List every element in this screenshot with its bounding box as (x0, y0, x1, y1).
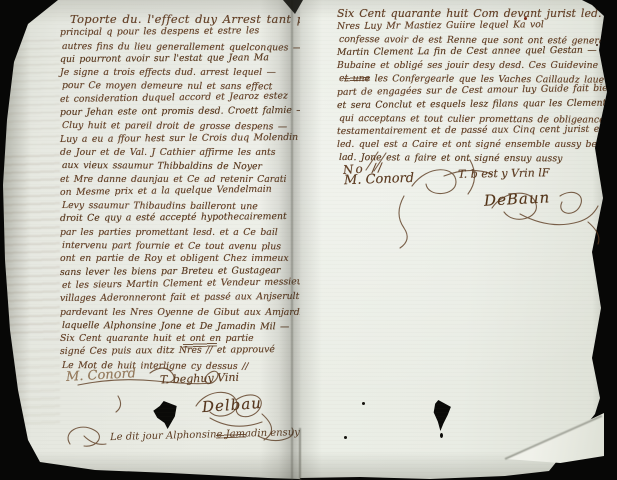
signature-beghuy-vini: T. beghuy Vini (160, 371, 239, 387)
ink-blot-droplet (440, 433, 443, 438)
manuscript-line: pour Jehan este ont promis desd. Croett … (60, 104, 300, 119)
manuscript-line: Nres Luy Mr Mastiez Guiire lequel Ka vol (337, 18, 600, 33)
manuscript-line: et sera Conclut et esquels lesz filans q… (337, 96, 600, 111)
manuscript-line: Martin Clement La fin de Cest annee quel… (337, 44, 600, 59)
paper-speck (524, 17, 527, 20)
manuscript-line: de Jour et de Val. J Cathier affirme les… (60, 146, 300, 159)
show-through-text (4, 35, 60, 145)
ink-blot-left (152, 401, 178, 429)
signature-m-conord-right: M. Conord (344, 171, 415, 188)
manuscript-line: Luy a eu a ffour hest sur le Crois duq M… (60, 131, 300, 146)
manuscript-line: testamentairement et de passé aux Cinq c… (337, 123, 600, 138)
manuscript-line: droit Ce quy a esté accepté hypothecaire… (60, 210, 300, 225)
signature-m-conord-left: M. Conord (66, 366, 137, 385)
show-through-text (4, 345, 60, 425)
gutter-crease-bottom (299, 428, 301, 480)
manuscript-line: on Mesme prix et a la quelque Vendelmain (60, 182, 300, 199)
manuscript-line: Je signe a trois effects dud. arrest leq… (60, 66, 300, 79)
manuscript-line: villages Aderonneront fait et passé aux … (60, 290, 300, 305)
archive-photo: Toporte du. l'effect duy Arrest tant pou… (0, 0, 617, 480)
right-page-text: Six Cent quarante huit Com devant jurist… (337, 7, 600, 177)
manuscript-line: principal q pour les despens et estre le… (60, 24, 300, 39)
ink-blot-right (432, 400, 453, 431)
paper-speck (596, 44, 598, 46)
signature-delbau: Delbau (201, 394, 262, 416)
left-page-text: Toporte du. l'effect duy Arrest tant pou… (60, 13, 300, 372)
manuscript-line: intervenu part fournie et Ce tout avenu … (62, 239, 300, 254)
manuscript-line: laquelle Alphonsine Jone et De Jamadin M… (62, 319, 300, 334)
paper-speck (344, 436, 347, 439)
manuscript-line: par les parties promettant lesd. et a Ce… (60, 226, 300, 239)
manuscript-line: pardevant les Nres Oyenne de Gibut aux A… (60, 306, 300, 319)
show-through-text (4, 150, 60, 340)
signature-debaun: DeBaun (484, 188, 551, 209)
notary-annotation: T. b est y Vrin lF (458, 166, 550, 181)
manuscript-line: Bubaine et obligé ses jouir desy desd. C… (337, 59, 600, 72)
paper-speck (362, 402, 365, 405)
manuscript-line: aux vieux ssaumur Thibbaldins de Noyer (62, 159, 300, 174)
manuscript-line: signé Ces puis aux ditz Nres // et appro… (60, 343, 300, 358)
manuscript-line: qui pourront avoir sur l'estat que Jean … (60, 51, 300, 66)
